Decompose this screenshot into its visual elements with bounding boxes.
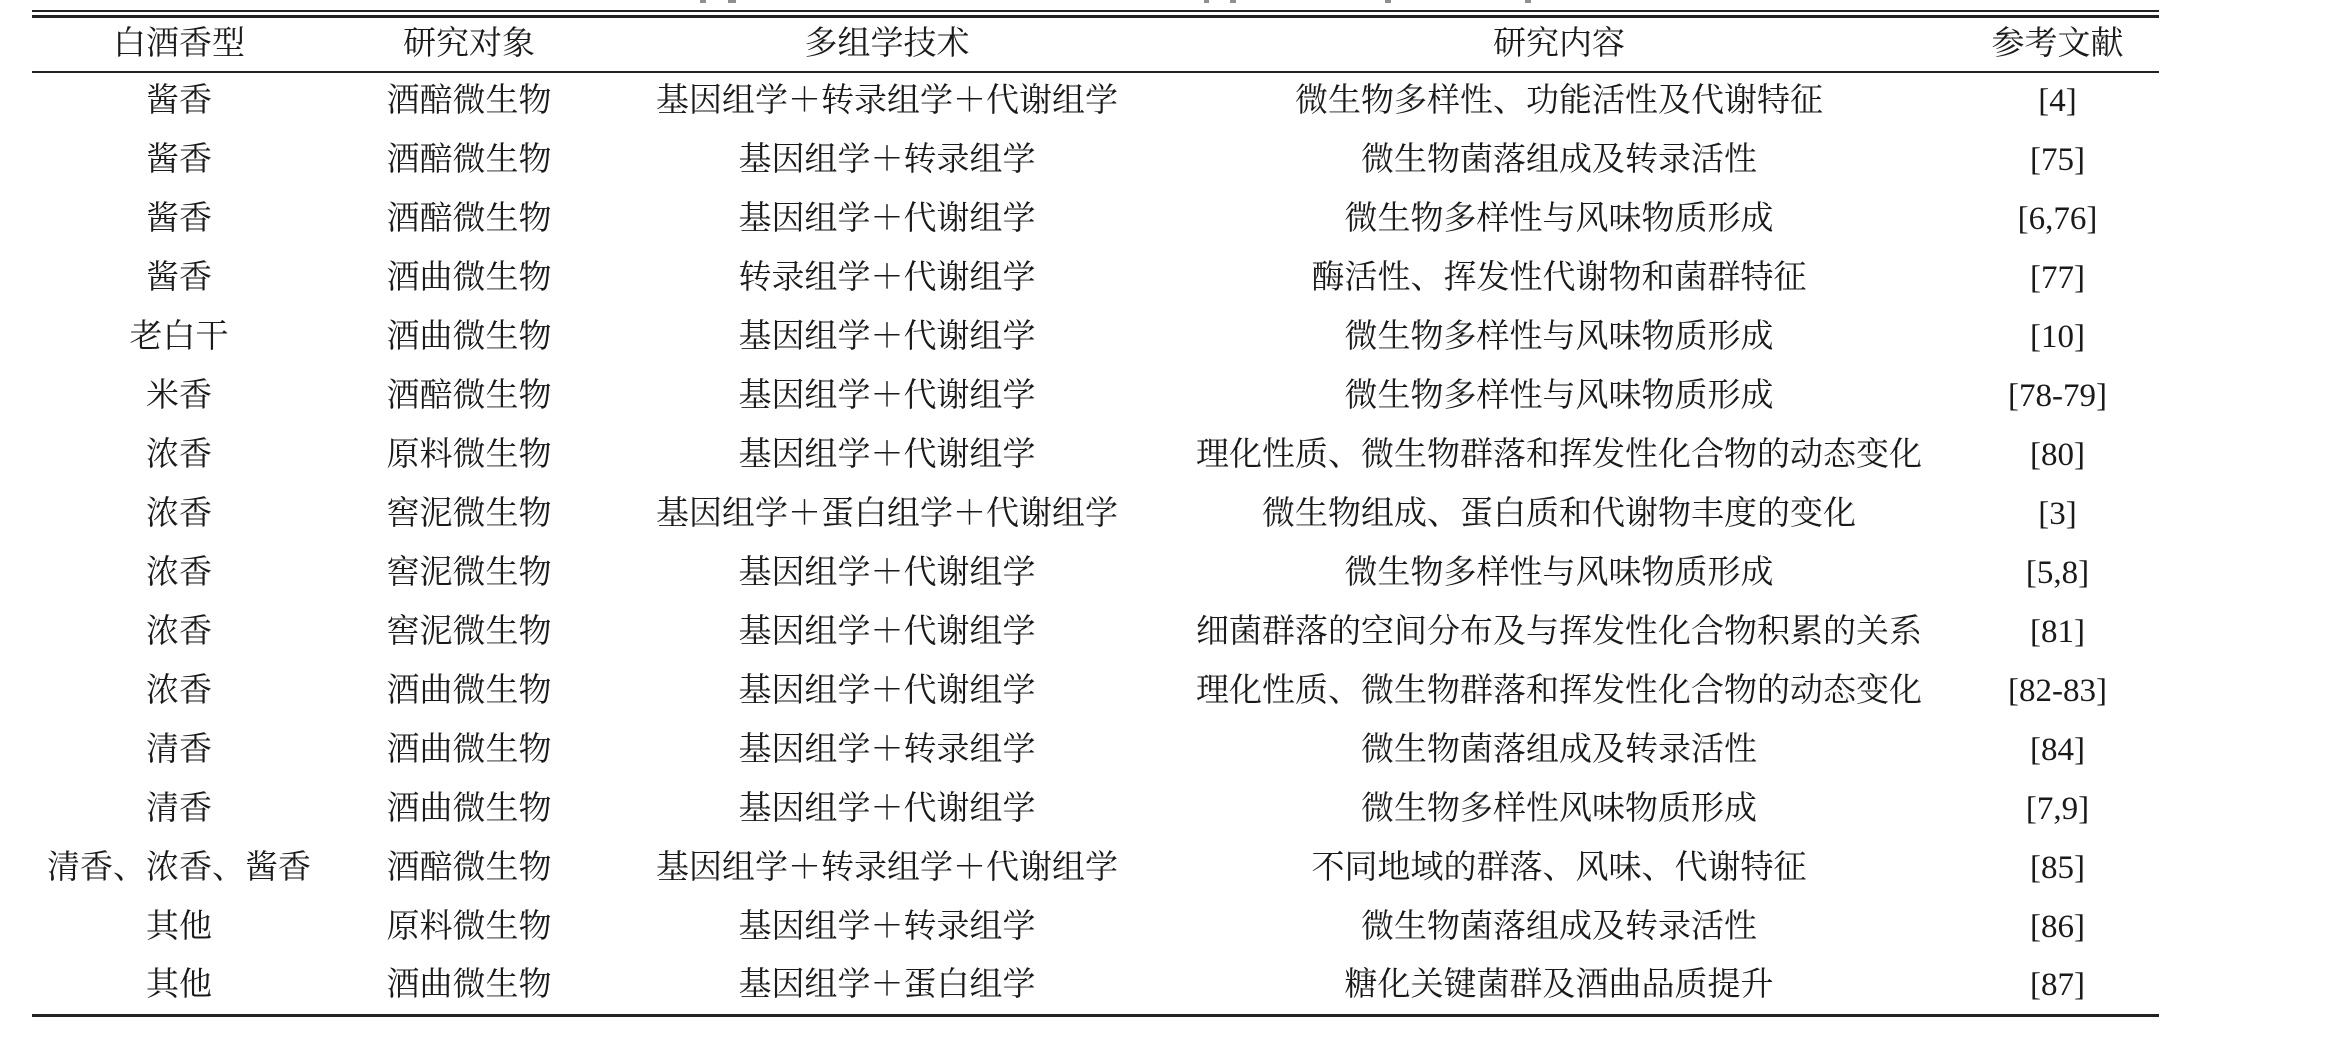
cell-aroma-type: 清香	[32, 780, 326, 839]
omics-research-table: 白酒香型 研究对象 多组学技术 研究内容 参考文献 酱香酒醅微生物基因组学＋转录…	[32, 15, 2159, 1017]
cropped-caption-fragment	[1230, 0, 1236, 3]
cell-aroma-type: 其他	[32, 898, 326, 957]
cell-reference: [86]	[1956, 898, 2159, 957]
cell-omics-technique: 基因组学＋代谢组学	[612, 308, 1162, 367]
table-row: 米香酒醅微生物基因组学＋代谢组学微生物多样性与风味物质形成[78-79]	[32, 367, 2159, 426]
table-body: 酱香酒醅微生物基因组学＋转录组学＋代谢组学微生物多样性、功能活性及代谢特征[4]…	[32, 72, 2159, 1016]
cell-research-content: 理化性质、微生物群落和挥发性化合物的动态变化	[1162, 662, 1956, 721]
cell-research-object: 原料微生物	[326, 898, 612, 957]
cell-aroma-type: 浓香	[32, 603, 326, 662]
cell-research-object: 酒醅微生物	[326, 190, 612, 249]
column-header-research-content: 研究内容	[1162, 17, 1956, 72]
table-row: 浓香窖泥微生物基因组学＋代谢组学微生物多样性与风味物质形成[5,8]	[32, 544, 2159, 603]
cell-omics-technique: 转录组学＋代谢组学	[612, 249, 1162, 308]
cell-omics-technique: 基因组学＋转录组学	[612, 898, 1162, 957]
column-header-reference: 参考文献	[1956, 17, 2159, 72]
table-row: 酱香酒醅微生物基因组学＋代谢组学微生物多样性与风味物质形成[6,76]	[32, 190, 2159, 249]
cell-omics-technique: 基因组学＋代谢组学	[612, 367, 1162, 426]
cell-omics-technique: 基因组学＋代谢组学	[612, 190, 1162, 249]
cell-research-content: 酶活性、挥发性代谢物和菌群特征	[1162, 249, 1956, 308]
cell-aroma-type: 酱香	[32, 249, 326, 308]
cell-research-content: 糖化关键菌群及酒曲品质提升	[1162, 957, 1956, 1016]
table-row: 酱香酒曲微生物转录组学＋代谢组学酶活性、挥发性代谢物和菌群特征[77]	[32, 249, 2159, 308]
cell-omics-technique: 基因组学＋转录组学	[612, 131, 1162, 190]
cell-aroma-type: 清香、浓香、酱香	[32, 839, 326, 898]
cell-research-content: 微生物多样性与风味物质形成	[1162, 544, 1956, 603]
cell-research-object: 酒醅微生物	[326, 839, 612, 898]
cell-omics-technique: 基因组学＋转录组学	[612, 721, 1162, 780]
cell-research-object: 酒曲微生物	[326, 662, 612, 721]
cell-reference: [81]	[1956, 603, 2159, 662]
cell-aroma-type: 浓香	[32, 485, 326, 544]
cell-omics-technique: 基因组学＋代谢组学	[612, 544, 1162, 603]
cell-omics-technique: 基因组学＋蛋白组学	[612, 957, 1162, 1016]
cell-research-content: 微生物多样性与风味物质形成	[1162, 308, 1956, 367]
cell-research-object: 窖泥微生物	[326, 603, 612, 662]
cell-aroma-type: 酱香	[32, 190, 326, 249]
cell-aroma-type: 酱香	[32, 72, 326, 131]
cell-research-object: 酒醅微生物	[326, 72, 612, 131]
cell-aroma-type: 老白干	[32, 308, 326, 367]
cell-aroma-type: 浓香	[32, 662, 326, 721]
cell-research-object: 酒曲微生物	[326, 780, 612, 839]
table-row: 酱香酒醅微生物基因组学＋转录组学微生物菌落组成及转录活性[75]	[32, 131, 2159, 190]
cell-aroma-type: 浓香	[32, 544, 326, 603]
cell-reference: [75]	[1956, 131, 2159, 190]
cell-omics-technique: 基因组学＋代谢组学	[612, 426, 1162, 485]
table-row: 酱香酒醅微生物基因组学＋转录组学＋代谢组学微生物多样性、功能活性及代谢特征[4]	[32, 72, 2159, 131]
table-header-row: 白酒香型 研究对象 多组学技术 研究内容 参考文献	[32, 17, 2159, 72]
cell-research-content: 微生物菌落组成及转录活性	[1162, 131, 1956, 190]
cell-reference: [7,9]	[1956, 780, 2159, 839]
table-row: 其他酒曲微生物基因组学＋蛋白组学糖化关键菌群及酒曲品质提升[87]	[32, 957, 2159, 1016]
cell-reference: [78-79]	[1956, 367, 2159, 426]
cell-reference: [82-83]	[1956, 662, 2159, 721]
cell-aroma-type: 浓香	[32, 426, 326, 485]
cell-reference: [85]	[1956, 839, 2159, 898]
cell-research-object: 窖泥微生物	[326, 485, 612, 544]
cell-research-content: 理化性质、微生物群落和挥发性化合物的动态变化	[1162, 426, 1956, 485]
table-top-thin-rule	[32, 10, 2159, 12]
cell-research-content: 不同地域的群落、风味、代谢特征	[1162, 839, 1956, 898]
cropped-caption-fragment	[700, 0, 706, 3]
cell-omics-technique: 基因组学＋代谢组学	[612, 603, 1162, 662]
cell-reference: [84]	[1956, 721, 2159, 780]
table-row: 浓香窖泥微生物基因组学＋代谢组学细菌群落的空间分布及与挥发性化合物积累的关系[8…	[32, 603, 2159, 662]
cell-research-content: 细菌群落的空间分布及与挥发性化合物积累的关系	[1162, 603, 1956, 662]
cell-research-object: 酒醅微生物	[326, 131, 612, 190]
cell-research-content: 微生物组成、蛋白质和代谢物丰度的变化	[1162, 485, 1956, 544]
cell-research-object: 酒醅微生物	[326, 367, 612, 426]
cropped-caption-fragment	[1204, 0, 1209, 3]
cell-reference: [80]	[1956, 426, 2159, 485]
cell-research-object: 原料微生物	[326, 426, 612, 485]
cell-omics-technique: 基因组学＋代谢组学	[612, 662, 1162, 721]
cell-reference: [3]	[1956, 485, 2159, 544]
cropped-caption-remnants	[0, 0, 2326, 6]
omics-research-table-area: 白酒香型 研究对象 多组学技术 研究内容 参考文献 酱香酒醅微生物基因组学＋转录…	[32, 10, 2159, 1017]
cell-research-content: 微生物多样性风味物质形成	[1162, 780, 1956, 839]
cell-reference: [77]	[1956, 249, 2159, 308]
table-row: 清香酒曲微生物基因组学＋转录组学微生物菌落组成及转录活性[84]	[32, 721, 2159, 780]
cell-research-content: 微生物菌落组成及转录活性	[1162, 898, 1956, 957]
cropped-caption-fragment	[1385, 0, 1391, 3]
table-row: 其他原料微生物基因组学＋转录组学微生物菌落组成及转录活性[86]	[32, 898, 2159, 957]
cell-research-object: 酒曲微生物	[326, 957, 612, 1016]
column-header-omics-technique: 多组学技术	[612, 17, 1162, 72]
cell-reference: [10]	[1956, 308, 2159, 367]
column-header-aroma-type: 白酒香型	[32, 17, 326, 72]
cell-aroma-type: 酱香	[32, 131, 326, 190]
table-row: 清香酒曲微生物基因组学＋代谢组学微生物多样性风味物质形成[7,9]	[32, 780, 2159, 839]
cell-reference: [6,76]	[1956, 190, 2159, 249]
cell-research-object: 酒曲微生物	[326, 721, 612, 780]
cell-research-object: 窖泥微生物	[326, 544, 612, 603]
cropped-caption-fragment	[1525, 0, 1531, 3]
cell-omics-technique: 基因组学＋转录组学＋代谢组学	[612, 839, 1162, 898]
cell-research-content: 微生物多样性与风味物质形成	[1162, 367, 1956, 426]
cell-reference: [4]	[1956, 72, 2159, 131]
cell-research-object: 酒曲微生物	[326, 308, 612, 367]
table-row: 浓香酒曲微生物基因组学＋代谢组学理化性质、微生物群落和挥发性化合物的动态变化[8…	[32, 662, 2159, 721]
cell-aroma-type: 清香	[32, 721, 326, 780]
cell-research-content: 微生物菌落组成及转录活性	[1162, 721, 1956, 780]
cell-research-content: 微生物多样性、功能活性及代谢特征	[1162, 72, 1956, 131]
cell-research-content: 微生物多样性与风味物质形成	[1162, 190, 1956, 249]
cell-omics-technique: 基因组学＋转录组学＋代谢组学	[612, 72, 1162, 131]
cropped-caption-fragment	[728, 0, 736, 3]
cell-omics-technique: 基因组学＋代谢组学	[612, 780, 1162, 839]
cell-reference: [87]	[1956, 957, 2159, 1016]
table-row: 清香、浓香、酱香酒醅微生物基因组学＋转录组学＋代谢组学不同地域的群落、风味、代谢…	[32, 839, 2159, 898]
cell-aroma-type: 其他	[32, 957, 326, 1016]
table-row: 浓香原料微生物基因组学＋代谢组学理化性质、微生物群落和挥发性化合物的动态变化[8…	[32, 426, 2159, 485]
cell-omics-technique: 基因组学＋蛋白组学＋代谢组学	[612, 485, 1162, 544]
cell-research-object: 酒曲微生物	[326, 249, 612, 308]
table-row: 浓香窖泥微生物基因组学＋蛋白组学＋代谢组学微生物组成、蛋白质和代谢物丰度的变化[…	[32, 485, 2159, 544]
column-header-research-object: 研究对象	[326, 17, 612, 72]
cell-aroma-type: 米香	[32, 367, 326, 426]
cell-reference: [5,8]	[1956, 544, 2159, 603]
table-row: 老白干酒曲微生物基因组学＋代谢组学微生物多样性与风味物质形成[10]	[32, 308, 2159, 367]
